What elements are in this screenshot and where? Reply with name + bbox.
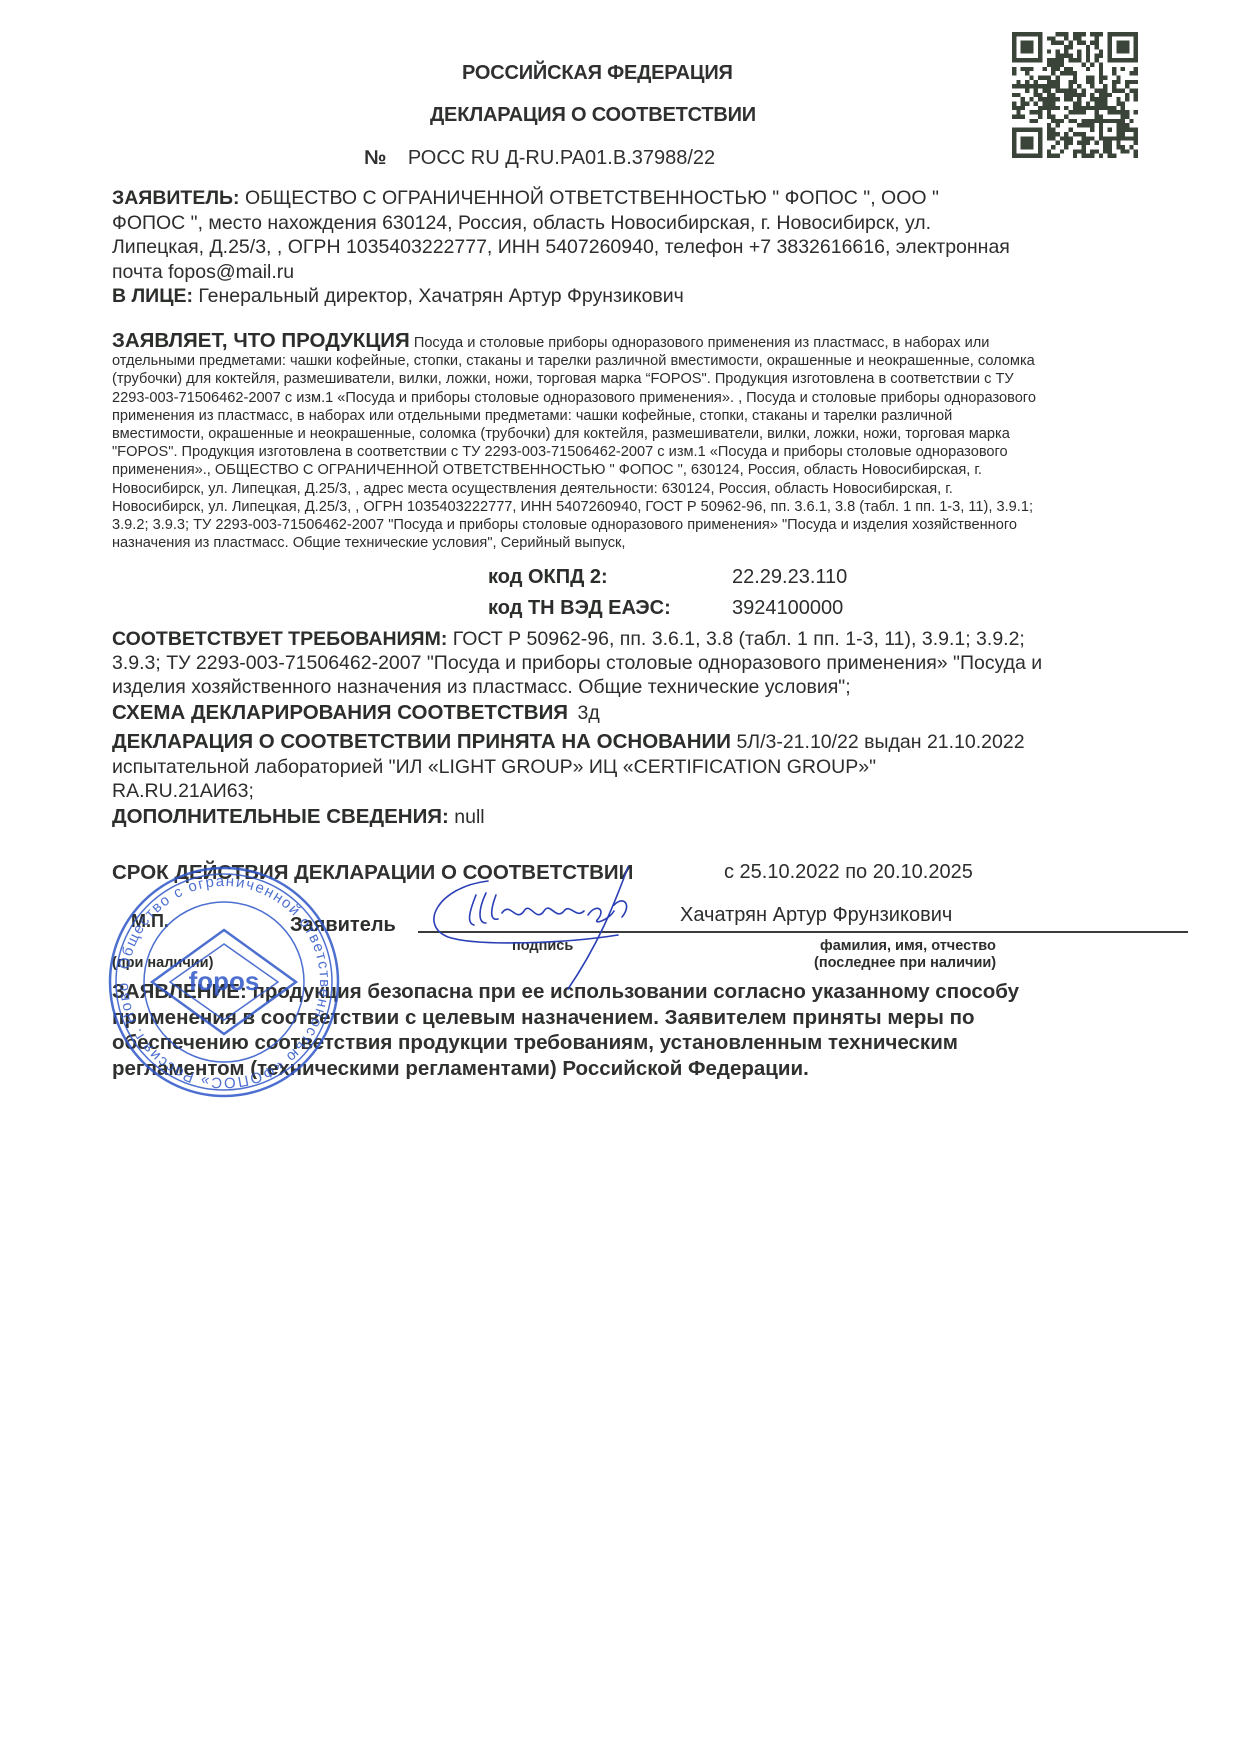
declaration-number: № РОСС RU Д-RU.PA01.B.37988/22 bbox=[364, 147, 715, 170]
basis-line: RA.RU.21АИ63; bbox=[112, 779, 1192, 804]
statement-block: ЗАЯВЛЕНИЕ: продукция безопасна при ее ис… bbox=[112, 979, 1192, 1081]
applicant-line: Липецкая, Д.25/3, , ОГРН 1035403222777, … bbox=[112, 235, 1192, 260]
requirements-line: 3.9.3; ТУ 2293-003-71506462-2007 "Посуда… bbox=[112, 651, 1192, 675]
okpd-value: 22.29.23.110 bbox=[732, 566, 847, 589]
product-label: ЗАЯВЛЯЕТ, ЧТО ПРОДУКЦИЯ bbox=[112, 329, 410, 352]
name-caption: фамилия, имя, отчество bbox=[820, 938, 996, 954]
mp-label: М.П. bbox=[131, 911, 169, 932]
product-line: отдельными предметами: чашки кофейные, с… bbox=[112, 352, 1192, 370]
applicant-line: почта fopos@mail.ru bbox=[112, 260, 1192, 285]
product-line: применения»., ОБЩЕСТВО С ОГРАНИЧЕННОЙ ОТ… bbox=[112, 461, 1192, 479]
product-line: "FOPOS". Продукция изготовлена в соответ… bbox=[112, 443, 1192, 461]
statement-line: обеспечению соответствия продукции требо… bbox=[112, 1030, 1192, 1056]
scheme-label: СХЕМА ДЕКЛАРИРОВАНИЯ СООТВЕТСТВИЯ bbox=[112, 701, 568, 724]
applicant-line: ОБЩЕСТВО С ОГРАНИЧЕННОЙ ОТВЕТСТВЕННОСТЬЮ… bbox=[245, 187, 939, 209]
statement-line: регламентом (техническими регламентами) … bbox=[112, 1056, 1192, 1082]
document-title: ДЕКЛАРАЦИЯ О СООТВЕТСТВИИ bbox=[430, 104, 756, 127]
name-caption-note: (последнее при наличии) bbox=[814, 955, 996, 971]
okpd-label: код ОКПД 2: bbox=[488, 566, 608, 589]
product-line: вместимости, окрашенные и неокрашенные, … bbox=[112, 425, 1192, 443]
additional-label: ДОПОЛНИТЕЛЬНЫЕ СВЕДЕНИЯ: bbox=[112, 805, 449, 828]
requirements-block: СООТВЕТСТВУЕТ ТРЕБОВАНИЯМ: ГОСТ Р 50962-… bbox=[112, 627, 1192, 699]
statement-line: применения в соответствии с целевым назн… bbox=[112, 1005, 1192, 1031]
basis-block: ДЕКЛАРАЦИЯ О СООТВЕТСТВИИ ПРИНЯТА НА ОСН… bbox=[112, 730, 1192, 804]
product-line: 3.9.2; 3.9.3; ТУ 2293-003-71506462-2007 … bbox=[112, 516, 1192, 534]
person-value: Генеральный директор, Хачатрян Артур Фру… bbox=[198, 285, 683, 307]
product-line: Посуда и столовые приборы одноразового п… bbox=[414, 335, 990, 351]
tnved-label: код ТН ВЭД ЕАЭС: bbox=[488, 597, 671, 620]
product-line: назначения из пластмасс. Общие техническ… bbox=[112, 534, 1192, 552]
basis-label: ДЕКЛАРАЦИЯ О СООТВЕТСТВИИ ПРИНЯТА НА ОСН… bbox=[112, 730, 731, 753]
number-value: РОСС RU Д-RU.PA01.B.37988/22 bbox=[408, 147, 715, 169]
person-label: В ЛИЦЕ: bbox=[112, 285, 193, 307]
requirements-line: ГОСТ Р 50962-96, пп. 3.6.1, 3.8 (табл. 1… bbox=[453, 628, 1025, 650]
product-line: (трубочки) для коктейля, размешиватели, … bbox=[112, 370, 1192, 388]
applicant-label: ЗАЯВИТЕЛЬ: bbox=[112, 187, 240, 209]
requirements-line: изделия хозяйственного назначения из пла… bbox=[112, 675, 1192, 699]
country-title: РОССИЙСКАЯ ФЕДЕРАЦИЯ bbox=[462, 62, 733, 85]
requirements-label: СООТВЕТСТВУЕТ ТРЕБОВАНИЯМ: bbox=[112, 628, 447, 650]
product-line: Новосибирск, ул. Липецкая, Д.25/3, , адр… bbox=[112, 480, 1192, 498]
validity-label: СРОК ДЕЙСТВИЯ ДЕКЛАРАЦИИ О СООТВЕТСТВИИ bbox=[112, 861, 633, 885]
signer-name: Хачатрян Артур Фрунзикович bbox=[680, 904, 952, 927]
qr-code bbox=[1012, 20, 1138, 170]
scheme-block: СХЕМА ДЕКЛАРИРОВАНИЯ СООТВЕТСТВИЯ 3д bbox=[112, 701, 600, 726]
validity-value: с 25.10.2022 по 20.10.2025 bbox=[724, 861, 973, 884]
tnved-value: 3924100000 bbox=[732, 597, 843, 620]
applicant-line: ФОПОС ", место нахождения 630124, Россия… bbox=[112, 211, 1192, 236]
additional-block: ДОПОЛНИТЕЛЬНЫЕ СВЕДЕНИЯ: null bbox=[112, 805, 485, 830]
signature-caption: подпись bbox=[512, 938, 573, 954]
applicant-sign-label: Заявитель bbox=[290, 914, 396, 937]
signature-line bbox=[418, 931, 1188, 933]
applicant-block: ЗАЯВИТЕЛЬ: ОБЩЕСТВО С ОГРАНИЧЕННОЙ ОТВЕТ… bbox=[112, 186, 1192, 309]
product-line: применения из пластмасс, в наборах или о… bbox=[112, 407, 1192, 425]
number-sign: № bbox=[364, 147, 386, 169]
product-line: Новосибирск, ул. Липецкая, Д.25/3, , ОГР… bbox=[112, 498, 1192, 516]
additional-value: null bbox=[454, 806, 484, 828]
product-line: 2293-003-71506462-2007 с изм.1 «Посуда и… bbox=[112, 389, 1192, 407]
basis-value: 5Л/3-21.10/22 выдан 21.10.2022 bbox=[736, 731, 1024, 753]
mp-note: (при наличии) bbox=[112, 955, 213, 971]
basis-line: испытательной лабораторией "ИЛ «LIGHT GR… bbox=[112, 755, 1192, 780]
product-block: ЗАЯВЛЯЕТ, ЧТО ПРОДУКЦИЯ Посуда и столовы… bbox=[112, 332, 1192, 552]
statement-line: ЗАЯВЛЕНИЕ: продукция безопасна при ее ис… bbox=[112, 979, 1192, 1005]
scheme-value: 3д bbox=[577, 702, 599, 724]
